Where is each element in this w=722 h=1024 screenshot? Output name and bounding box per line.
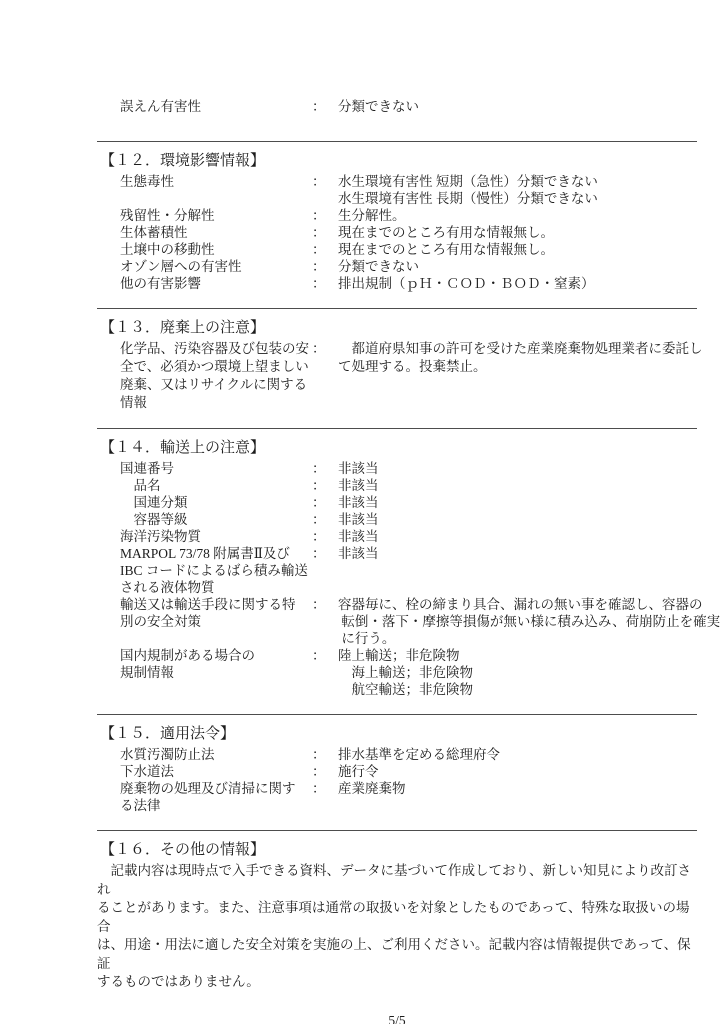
field-value: 排水基準を定める総理府令 — [338, 746, 697, 763]
table-row: 他の有害影響 ： 排出規制（ｐＨ・ＣＯＤ・ＢＯＤ・窒素） — [97, 275, 697, 292]
section-15-regulations: 【１５．適用法令】 水質汚濁防止法 ： 排水基準を定める総理府令 下水道法 ： … — [97, 714, 697, 814]
field-value: 排出規制（ｐＨ・ＣＯＤ・ＢＯＤ・窒素） — [338, 275, 697, 292]
field-label: 土壌中の移動性 — [120, 241, 312, 258]
page-number: 5/5 — [97, 1012, 697, 1024]
field-value: 現在までのところ有用な情報無し。 — [338, 224, 697, 241]
section-rows: 生態毒性 ： 水生環境有害性 短期（急性）分類できない 水生環境有害性 長期（慢… — [97, 173, 697, 292]
section-title: 【１６．その他の情報】 — [97, 840, 697, 860]
table-row: 輸送又は輸送手段に関する特 別の安全対策 ： 容器毎に、栓の締まり具合、漏れの無… — [97, 596, 697, 647]
colon-separator: ： — [312, 763, 338, 780]
table-row: 国連分類 ： 非該当 — [97, 494, 697, 511]
field-value: 施行令 — [338, 763, 697, 780]
table-row: 国内規制がある場合の 規制情報 ： 陸上輸送；非危険物 海上輸送；非危険物 航空… — [97, 647, 697, 698]
colon-separator: ： — [312, 477, 338, 494]
disclaimer-paragraph: 記載内容は現時点で入手できる資料、データに基づいて作成しており、新しい知見により… — [97, 862, 697, 992]
section-title: 【１４．輸送上の注意】 — [97, 438, 697, 458]
colon-separator: ： — [312, 780, 338, 814]
table-row: MARPOL 73/78 附属書Ⅱ及び IBC コードによるばら積み輸送 される… — [97, 545, 697, 596]
field-label: 国内規制がある場合の 規制情報 — [120, 647, 312, 698]
field-value: 現在までのところ有用な情報無し。 — [338, 241, 697, 258]
field-value: 非該当 — [338, 477, 697, 494]
table-row: 国連番号 ： 非該当 — [97, 460, 697, 477]
field-value: 分類できない — [338, 258, 697, 275]
table-row: 生態毒性 ： 水生環境有害性 短期（急性）分類できない 水生環境有害性 長期（慢… — [97, 173, 697, 207]
field-value: 非該当 — [338, 460, 697, 477]
section-12-environmental-info: 【１２．環境影響情報】 生態毒性 ： 水生環境有害性 短期（急性）分類できない … — [97, 141, 697, 292]
table-row: 下水道法 ： 施行令 — [97, 763, 697, 780]
colon-separator: ： — [312, 746, 338, 763]
table-row: 水質汚濁防止法 ： 排水基準を定める総理府令 — [97, 746, 697, 763]
colon-separator: ： — [312, 494, 338, 511]
section-13-disposal: 【１３．廃棄上の注意】 化学品、汚染容器及び包装の安 全で、必須かつ環境上望まし… — [97, 308, 697, 412]
field-label: 生体蓄積性 — [120, 224, 312, 241]
field-label: オゾン層への有害性 — [120, 258, 312, 275]
colon-separator: ： — [312, 596, 338, 647]
table-row: 品名 ： 非該当 — [97, 477, 697, 494]
table-row: 誤えん有害性 ： 分類できない — [97, 98, 697, 115]
field-value: 陸上輸送；非危険物 海上輸送；非危険物 航空輸送；非危険物 — [338, 647, 697, 698]
table-row: 廃棄物の処理及び清掃に関す る法律 ： 産業廃棄物 — [97, 780, 697, 814]
section-rows: 化学品、汚染容器及び包装の安 全で、必須かつ環境上望ましい 廃棄、又はリサイクル… — [97, 340, 697, 412]
field-value: 容器毎に、栓の締まり具合、漏れの無い事を確認し、容器の 転倒・落下・摩擦等損傷が… — [338, 596, 720, 647]
field-label: MARPOL 73/78 附属書Ⅱ及び IBC コードによるばら積み輸送 される… — [120, 545, 312, 596]
colon-separator: ： — [312, 224, 338, 241]
colon-separator: ： — [312, 173, 338, 207]
field-value: 非該当 — [338, 494, 697, 511]
table-row: 土壌中の移動性 ： 現在までのところ有用な情報無し。 — [97, 241, 697, 258]
colon-separator: ： — [312, 98, 338, 115]
field-label: 海洋汚染物質 — [120, 528, 312, 545]
field-value: 水生環境有害性 短期（急性）分類できない 水生環境有害性 長期（慢性）分類できな… — [338, 173, 697, 207]
section-rows: 国連番号 ： 非該当 品名 ： 非該当 国連分類 ： 非該当 容器等級 ： 非該… — [97, 460, 697, 698]
preamble-rows: 誤えん有害性 ： 分類できない — [97, 98, 697, 115]
field-value: 非該当 — [338, 511, 697, 528]
table-row: 海洋汚染物質 ： 非該当 — [97, 528, 697, 545]
colon-separator: ： — [312, 241, 338, 258]
colon-separator: ： — [312, 511, 338, 528]
colon-separator: ： — [312, 528, 338, 545]
field-value: 生分解性。 — [338, 207, 697, 224]
colon-separator: ： — [312, 258, 338, 275]
sds-document-page: 誤えん有害性 ： 分類できない 【１２．環境影響情報】 生態毒性 ： 水生環境有… — [0, 0, 722, 1024]
field-value: 産業廃棄物 — [338, 780, 697, 814]
field-label: 輸送又は輸送手段に関する特 別の安全対策 — [120, 596, 312, 647]
field-label: 廃棄物の処理及び清掃に関す る法律 — [120, 780, 312, 814]
table-row: 残留性・分解性 ： 生分解性。 — [97, 207, 697, 224]
field-label: 容器等級 — [120, 511, 312, 528]
colon-separator: ： — [312, 275, 338, 292]
colon-separator: ： — [312, 207, 338, 224]
field-label: 誤えん有害性 — [120, 98, 312, 115]
field-label: 生態毒性 — [120, 173, 312, 207]
field-label: 他の有害影響 — [120, 275, 312, 292]
field-value: 非該当 — [338, 545, 697, 596]
field-label: 下水道法 — [120, 763, 312, 780]
table-row: 容器等級 ： 非該当 — [97, 511, 697, 528]
colon-separator: ： — [312, 647, 338, 698]
field-value: 非該当 — [338, 528, 697, 545]
section-14-transport: 【１４．輸送上の注意】 国連番号 ： 非該当 品名 ： 非該当 国連分類 ： 非… — [97, 428, 697, 698]
colon-separator: ： — [312, 340, 338, 412]
table-row: 生体蓄積性 ： 現在までのところ有用な情報無し。 — [97, 224, 697, 241]
field-label: 水質汚濁防止法 — [120, 746, 312, 763]
table-row: オゾン層への有害性 ： 分類できない — [97, 258, 697, 275]
section-title: 【１２．環境影響情報】 — [97, 151, 697, 171]
section-title: 【１３．廃棄上の注意】 — [97, 318, 697, 338]
section-16-other-info: 【１６．その他の情報】 記載内容は現時点で入手できる資料、データに基づいて作成し… — [97, 830, 697, 992]
section-rows: 水質汚濁防止法 ： 排水基準を定める総理府令 下水道法 ： 施行令 廃棄物の処理… — [97, 746, 697, 814]
colon-separator: ： — [312, 460, 338, 477]
colon-separator: ： — [312, 545, 338, 596]
field-label: 残留性・分解性 — [120, 207, 312, 224]
field-label: 化学品、汚染容器及び包装の安 全で、必須かつ環境上望ましい 廃棄、又はリサイクル… — [120, 340, 312, 412]
table-row: 化学品、汚染容器及び包装の安 全で、必須かつ環境上望ましい 廃棄、又はリサイクル… — [97, 340, 697, 412]
section-title: 【１５．適用法令】 — [97, 724, 697, 744]
field-value: 分類できない — [338, 98, 697, 115]
field-label: 国連分類 — [120, 494, 312, 511]
field-value: 都道府県知事の許可を受けた産業廃棄物処理業者に委託し て処理する。投棄禁止。 — [338, 340, 703, 412]
field-label: 品名 — [120, 477, 312, 494]
field-label: 国連番号 — [120, 460, 312, 477]
